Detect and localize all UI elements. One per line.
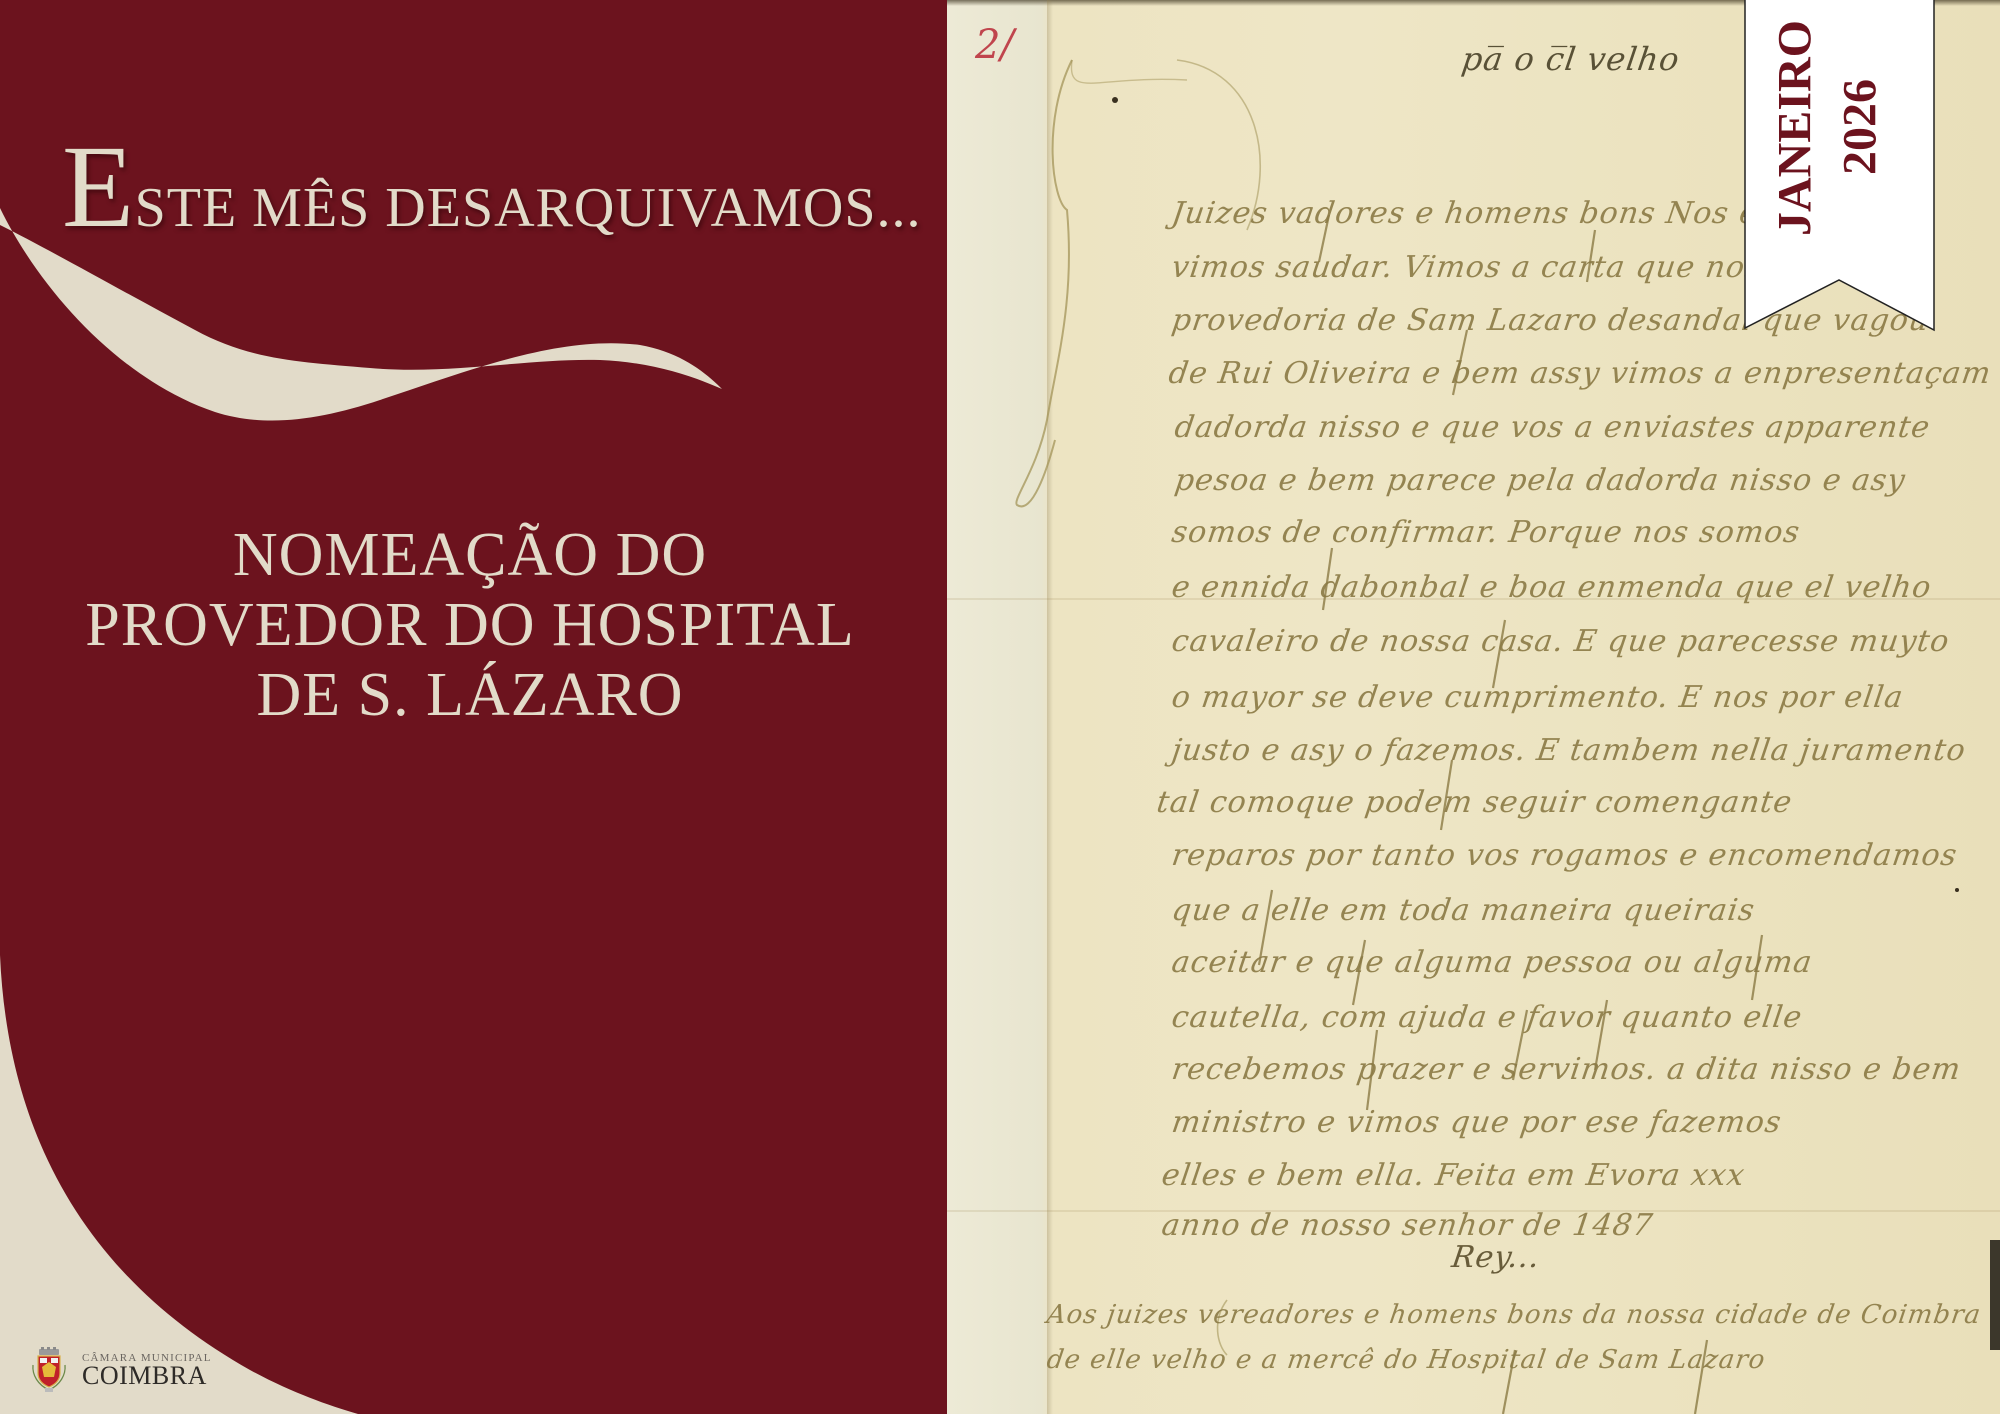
camara-municipal-coimbra-logo[interactable]: Câmara Municipal Coimbra	[30, 1346, 212, 1394]
manuscript-line: o mayor se deve cumprimento. E nos por e…	[1170, 680, 1906, 715]
manuscript-line: cautella, com ajuda e favor quanto elle	[1170, 1000, 1805, 1035]
manuscript-footer-line: Aos juizes vereadores e homens bons da n…	[1045, 1300, 1983, 1330]
title-line-2: provedor do Hospital	[60, 590, 880, 660]
manuscript-line: elles e bem ella. Feita em Evora xxx	[1160, 1158, 1748, 1193]
manuscript-line: aceitar e que alguma pessoa ou alguma	[1170, 945, 1815, 980]
manuscript-line: reparos por tanto vos rogamos e encomend…	[1170, 838, 1960, 873]
poster: Este mês desarquivamos... Nomeação do pr…	[0, 0, 2000, 1414]
manuscript-signature: Rey...	[1450, 1240, 1543, 1275]
manuscript-line: ministro e vimos que por ese fazemos	[1170, 1105, 1784, 1140]
page-title: Nomeação do provedor do Hospital de S. L…	[60, 520, 880, 730]
kicker-heading: Este mês desarquivamos...	[62, 128, 921, 246]
left-panel: Este mês desarquivamos... Nomeação do pr…	[0, 0, 947, 1414]
title-line-3: de S. Lázaro	[60, 660, 880, 730]
manuscript-line: recebemos prazer e servimos. a dita niss…	[1170, 1052, 1964, 1087]
kicker-initial: E	[62, 121, 135, 252]
manuscript-line: Juizes vadores e homens bons Nos el Rey	[1170, 196, 1843, 231]
title-line-1: Nomeação do	[60, 520, 880, 590]
manuscript-heading: pa̅ o c̅l velho	[1459, 40, 1682, 78]
manuscript-line: de Rui Oliveira e bem assy vimos a enpre…	[1167, 356, 1994, 391]
manuscript-line: pesoa e bem parece pela dadorda nisso e …	[1173, 463, 1908, 498]
manuscript-line: anno de nosso senhor de 1487	[1160, 1208, 1656, 1243]
kicker-rest: ste mês desarquivamos...	[135, 177, 922, 239]
manuscript-line: que a elle em toda maneira queirais	[1170, 893, 1758, 928]
manuscript-line: cavaleiro de nossa casa. E que parecesse…	[1170, 624, 1952, 659]
manuscript-line: tal comoque podem seguir comengante	[1155, 785, 1795, 820]
logo-line-2: Coimbra	[82, 1364, 212, 1388]
manuscript-line: dadorda nisso e que vos a enviastes appa…	[1173, 410, 1933, 445]
manuscript-line: justo e asy o fazemos. E tambem nella ju…	[1170, 733, 1969, 768]
date-ribbon: Janeiro 2026	[1744, 0, 1935, 334]
manuscript-footer-line: de elle velho e a mercê do Hospital de S…	[1045, 1345, 1768, 1375]
coat-of-arms-icon	[30, 1347, 68, 1393]
ribbon-month-text: Janeiro	[1768, 20, 1823, 236]
ribbon-year-text: 2026	[1833, 79, 1888, 175]
manuscript-line: e ennida dabonbal e boa enmenda que el v…	[1170, 570, 1934, 605]
manuscript-line: somos de confirmar. Porque nos somos	[1170, 515, 1803, 550]
